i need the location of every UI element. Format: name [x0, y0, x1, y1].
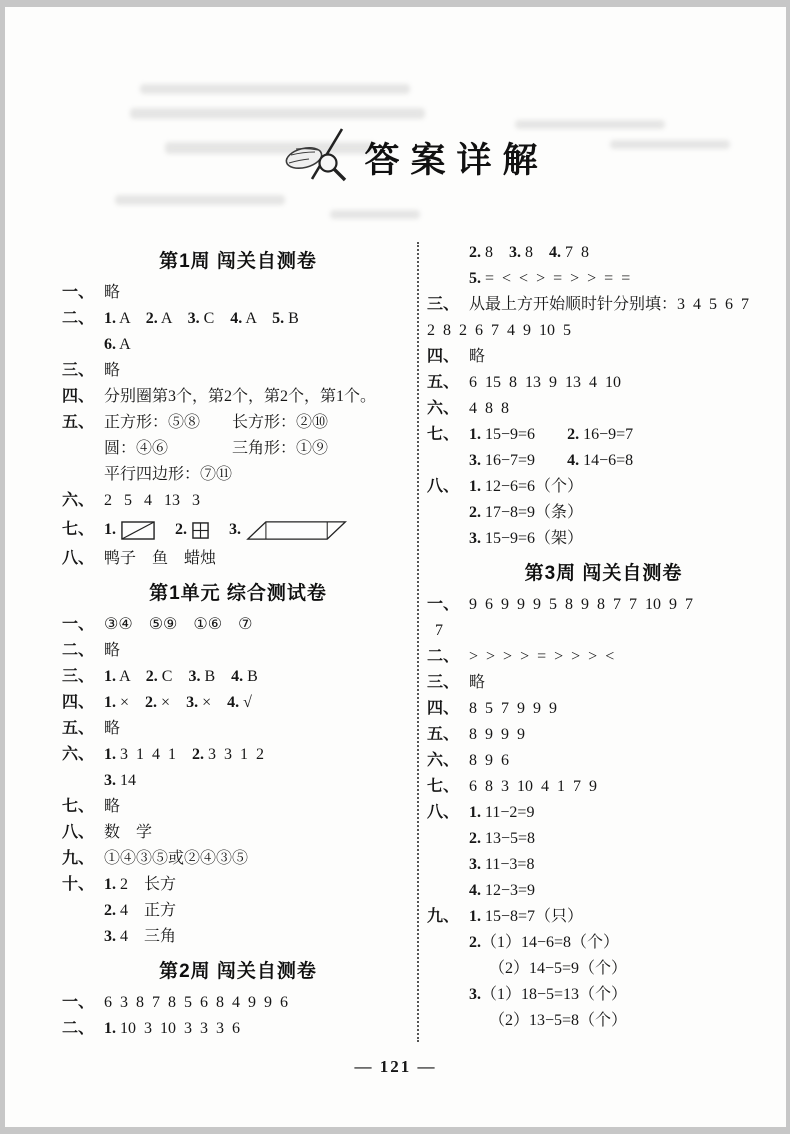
- item-number: 3.: [469, 986, 481, 1003]
- answer-text: 17−8=9（条）: [481, 504, 583, 521]
- answer-text: A: [116, 310, 146, 327]
- item-number: 3.: [469, 856, 481, 873]
- right-column: 2. 8 3. 8 4. 7 85. = < < > = > > = =三、从最…: [422, 240, 780, 1042]
- answer-line: 四、1. × 2. × 3. × 4. √: [62, 690, 414, 716]
- answer-line: 六、8 9 6: [427, 748, 780, 774]
- page-title-row: 答案详解: [5, 127, 786, 188]
- answer-text: = < < > = > > = =: [481, 270, 630, 287]
- parallelogram-three-parts-shape: [246, 521, 348, 540]
- answer-text: 14: [116, 772, 136, 789]
- answer-text: B: [243, 668, 258, 685]
- answer-text: 略: [104, 642, 120, 659]
- answer-line: 3.（1）18−5=13（个）: [427, 982, 780, 1008]
- item-number: 1.: [469, 426, 481, 443]
- answer-text: > > > > = > > > <: [469, 648, 614, 665]
- answer-text: 略: [104, 284, 120, 301]
- answer-line: 一、9 6 9 9 9 5 8 9 8 7 7 10 9 7: [427, 592, 780, 618]
- answer-text: 8 9 6: [469, 752, 509, 769]
- item-label: 七、: [62, 794, 94, 820]
- answer-line: 2. 8 3. 8 4. 7 8: [427, 240, 780, 266]
- item-number: 2.: [146, 668, 158, 685]
- shape-answer-item: 3.: [229, 514, 348, 546]
- answer-line: 八、1. 11−2=9: [427, 800, 780, 826]
- answer-line: 九、1. 15−8=7（只）: [427, 904, 780, 930]
- answer-text: 16−7=9: [481, 452, 567, 469]
- item-number: 2.: [175, 514, 187, 546]
- answer-line: 3. 4 三角: [62, 924, 414, 950]
- answer-line: 4. 12−3=9: [427, 878, 780, 904]
- item-label: 五、: [427, 722, 459, 748]
- answer-text: 11−2=9: [481, 804, 534, 821]
- answer-text: 4 8 8: [469, 400, 509, 417]
- item-number: 1.: [104, 310, 116, 327]
- item-label: 二、: [62, 306, 94, 332]
- column-divider: [417, 242, 419, 1042]
- answer-text: 2 长方: [116, 876, 176, 893]
- item-label: 五、: [62, 410, 94, 436]
- page-bleed-through: [115, 195, 285, 205]
- answer-text: （1）14−6=8（个）: [481, 934, 619, 951]
- answer-line: 五、6 15 8 13 9 13 4 10: [427, 370, 780, 396]
- item-number: 2.: [469, 244, 481, 261]
- answer-text: （2）13−5=8（个）: [489, 1012, 627, 1029]
- item-label: 十、: [62, 872, 94, 898]
- answer-line: 2. 17−8=9（条）: [427, 500, 780, 526]
- item-number: 3.: [186, 694, 198, 711]
- answer-line: 四、略: [427, 344, 780, 370]
- answer-line: 2. 13−5=8: [427, 826, 780, 852]
- square-four-parts-shape: [192, 522, 209, 539]
- answers-columns: 第1周 闯关自测卷一、略二、1. A 2. A 3. C 4. A 5. B6.…: [62, 240, 780, 1042]
- answer-text: 6 3 8 7 8 5 6 8 4 9 9 6: [104, 994, 288, 1011]
- item-number: 1.: [104, 668, 116, 685]
- answer-line: 7: [427, 618, 780, 644]
- answer-line: 七、略: [62, 794, 414, 820]
- answer-text: 3 1 4 1: [116, 746, 192, 763]
- item-label: 二、: [62, 638, 94, 664]
- answer-line: 一、6 3 8 7 8 5 6 8 4 9 9 6: [62, 990, 414, 1016]
- answer-line: 六、2 5 4 13 3: [62, 488, 414, 514]
- answer-text: 4 三角: [116, 928, 176, 945]
- item-label: 三、: [427, 670, 459, 696]
- item-label: 六、: [62, 488, 94, 514]
- item-label: 七、: [427, 422, 459, 448]
- item-number: 1.: [104, 876, 116, 893]
- answer-text: √: [239, 694, 252, 711]
- answer-line: 七、6 8 3 10 4 1 7 9: [427, 774, 780, 800]
- item-number: 4.: [549, 244, 561, 261]
- answer-text: 3 3 1 2: [204, 746, 264, 763]
- item-number: 2.: [104, 902, 116, 919]
- item-label: 七、: [427, 774, 459, 800]
- answer-text: 12−6=6（个）: [481, 478, 583, 495]
- answer-text: 略: [104, 798, 120, 815]
- answer-text: 16−9=7: [579, 426, 633, 443]
- item-number: 2.: [145, 694, 157, 711]
- item-number: 4.: [227, 694, 239, 711]
- item-number: 4.: [469, 882, 481, 899]
- answer-text: 15−8=7（只）: [481, 908, 583, 925]
- item-label: 二、: [427, 644, 459, 670]
- answer-text: 10 3 10 3 3 3 6: [116, 1020, 240, 1037]
- answer-line: 六、4 8 8: [427, 396, 780, 422]
- answer-text: 15−9=6: [481, 426, 567, 443]
- answer-line: 七、1. 15−9=6 2. 16−9=7: [427, 422, 780, 448]
- item-number: 3.: [469, 530, 481, 547]
- answer-line: 五、正方形：⑤⑧ 长方形：②⑩: [62, 410, 414, 436]
- answer-text: 6 8 3 10 4 1 7 9: [469, 778, 597, 795]
- answer-text: 8: [521, 244, 549, 261]
- item-number: 3.: [188, 668, 200, 685]
- shapes-answer-line: 七、1.2.3.: [62, 514, 414, 546]
- answer-text: 4 正方: [116, 902, 176, 919]
- answer-text: 圆：④⑥ 三角形：①⑨: [104, 440, 328, 457]
- answer-text: （2）14−5=9（个）: [489, 960, 627, 977]
- answer-text: 2 8 2 6 7 4 9 10 5: [427, 322, 571, 339]
- answer-text: 13−5=8: [481, 830, 535, 847]
- answer-line: 2.（1）14−6=8（个）: [427, 930, 780, 956]
- item-number: 2.: [469, 934, 481, 951]
- answer-line: 6. A: [62, 332, 414, 358]
- answer-line: （2）14−5=9（个）: [427, 956, 780, 982]
- item-number: 5.: [469, 270, 481, 287]
- answer-line: 八、鸭子 鱼 蜡烛: [62, 546, 414, 572]
- item-number: 3.: [104, 772, 116, 789]
- item-number: 3.: [469, 452, 481, 469]
- answer-text: 略: [104, 362, 120, 379]
- answer-line: 四、分别圈第3个，第2个，第2个，第1个。: [62, 384, 414, 410]
- answer-text: A: [116, 336, 131, 353]
- item-label: 八、: [427, 800, 459, 826]
- item-number: 2.: [192, 746, 204, 763]
- scan-background: 答案详解 第1周 闯关自测卷一、略二、1. A 2. A 3. C 4. A 5…: [0, 0, 790, 1134]
- item-number: 3.: [229, 514, 241, 546]
- item-label: 六、: [62, 742, 94, 768]
- page-number: — 121 —: [5, 1057, 786, 1077]
- answer-text: ×: [157, 694, 186, 711]
- answer-text: 15−9=6（架）: [481, 530, 583, 547]
- answer-line: 八、1. 12−6=6（个）: [427, 474, 780, 500]
- answer-text: 8: [481, 244, 509, 261]
- item-number: 1.: [104, 746, 116, 763]
- shape-answer-item: 1.: [104, 514, 155, 546]
- item-label: 五、: [427, 370, 459, 396]
- answer-text: ①④③⑤或②④③⑤: [104, 850, 248, 867]
- answer-text: 略: [469, 348, 485, 365]
- item-label: 四、: [62, 690, 94, 716]
- answer-text: C: [158, 668, 189, 685]
- page-sheet: 答案详解 第1周 闯关自测卷一、略二、1. A 2. A 3. C 4. A 5…: [5, 7, 786, 1127]
- answer-text: 6 15 8 13 9 13 4 10: [469, 374, 621, 391]
- item-label: 四、: [62, 384, 94, 410]
- item-label: 七、: [62, 514, 94, 546]
- answer-text: 正方形：⑤⑧ 长方形：②⑩: [104, 414, 328, 431]
- item-number: 3.: [188, 310, 200, 327]
- answer-line: 五、略: [62, 716, 414, 742]
- item-label: 八、: [427, 474, 459, 500]
- rect-with-diagonal-shape: [121, 521, 155, 540]
- answer-line: 八、数 学: [62, 820, 414, 846]
- answer-text: 略: [469, 674, 485, 691]
- item-label: 三、: [62, 664, 94, 690]
- answer-text: 数 学: [104, 824, 152, 841]
- item-label: 二、: [62, 1016, 94, 1042]
- page-title: 答案详解: [364, 133, 548, 183]
- answer-text: 鸭子 鱼 蜡烛: [104, 550, 216, 567]
- item-number: 2.: [567, 426, 579, 443]
- item-label: 五、: [62, 716, 94, 742]
- answer-line: 3. 14: [62, 768, 414, 794]
- item-number: 2.: [469, 830, 481, 847]
- answer-line: 三、略: [427, 670, 780, 696]
- answer-line: 圆：④⑥ 三角形：①⑨: [62, 436, 414, 462]
- answer-line: 2 8 2 6 7 4 9 10 5: [427, 318, 780, 344]
- item-number: 5.: [272, 310, 284, 327]
- answer-text: 11−3=8: [481, 856, 534, 873]
- answer-text: C: [200, 310, 231, 327]
- answer-text: 9 6 9 9 9 5 8 9 8 7 7 10 9 7: [469, 596, 693, 613]
- answer-line: 2. 4 正方: [62, 898, 414, 924]
- page-bleed-through: [140, 84, 410, 94]
- section-header: 第3周 闯关自测卷: [427, 561, 780, 587]
- answer-text: A: [116, 668, 146, 685]
- answer-line: （2）13−5=8（个）: [427, 1008, 780, 1034]
- answer-text: A: [242, 310, 272, 327]
- item-label: 四、: [427, 696, 459, 722]
- page-bleed-through: [330, 210, 420, 219]
- answer-text: 8 5 7 9 9 9: [469, 700, 557, 717]
- item-label: 一、: [62, 612, 94, 638]
- answer-text: 12−3=9: [481, 882, 535, 899]
- item-label: 八、: [62, 546, 94, 572]
- item-label: 四、: [427, 344, 459, 370]
- item-label: 六、: [427, 748, 459, 774]
- item-number: 1.: [104, 514, 116, 546]
- page-bleed-through: [130, 108, 425, 119]
- item-label: 三、: [427, 292, 459, 318]
- answer-line: 十、1. 2 长方: [62, 872, 414, 898]
- answer-line: 三、1. A 2. C 3. B 4. B: [62, 664, 414, 690]
- answer-text: 7: [427, 622, 443, 639]
- item-number: 3.: [104, 928, 116, 945]
- item-number: 1.: [469, 478, 481, 495]
- left-column: 第1周 闯关自测卷一、略二、1. A 2. A 3. C 4. A 5. B6.…: [62, 240, 414, 1042]
- answer-line: 一、③④ ⑤⑨ ①⑥ ⑦: [62, 612, 414, 638]
- answer-text: 分别圈第3个，第2个，第2个，第1个。: [104, 388, 376, 405]
- item-number: 3.: [509, 244, 521, 261]
- answer-line: 一、略: [62, 280, 414, 306]
- answer-text: 14−6=8: [579, 452, 633, 469]
- item-label: 六、: [427, 396, 459, 422]
- answer-line: 3. 16−7=9 4. 14−6=8: [427, 448, 780, 474]
- item-number: 1.: [104, 1020, 116, 1037]
- answer-text: 略: [104, 720, 120, 737]
- shape-answer-item: 2.: [175, 514, 209, 546]
- item-label: 一、: [62, 280, 94, 306]
- answer-text: A: [158, 310, 188, 327]
- answer-line: 平行四边形：⑦⑪: [62, 462, 414, 488]
- answer-line: 三、略: [62, 358, 414, 384]
- answer-text: ③④ ⑤⑨ ①⑥ ⑦: [104, 616, 252, 633]
- item-label: 三、: [62, 358, 94, 384]
- answer-text: 8 9 9 9: [469, 726, 525, 743]
- section-header: 第2周 闯关自测卷: [62, 959, 414, 985]
- item-label: 一、: [62, 990, 94, 1016]
- item-label: 八、: [62, 820, 94, 846]
- answer-line: 3. 11−3=8: [427, 852, 780, 878]
- answer-line: 六、1. 3 1 4 1 2. 3 3 1 2: [62, 742, 414, 768]
- answer-text: 2 5 4 13 3: [104, 492, 200, 509]
- answer-line: 二、1. A 2. A 3. C 4. A 5. B: [62, 306, 414, 332]
- answer-line: 二、1. 10 3 10 3 3 3 6: [62, 1016, 414, 1042]
- answer-line: 3. 15−9=6（架）: [427, 526, 780, 552]
- answer-line: 九、①④③⑤或②④③⑤: [62, 846, 414, 872]
- answer-text: ×: [198, 694, 227, 711]
- answer-text: 7 8: [561, 244, 589, 261]
- item-number: 4.: [231, 668, 243, 685]
- item-number: 2.: [146, 310, 158, 327]
- pencil-magnifier-icon: [282, 127, 358, 188]
- answer-line: 二、> > > > = > > > <: [427, 644, 780, 670]
- section-header: 第1周 闯关自测卷: [62, 249, 414, 275]
- item-number: 1.: [469, 908, 481, 925]
- item-number: 4.: [567, 452, 579, 469]
- answer-text: ×: [116, 694, 145, 711]
- answer-text: B: [200, 668, 231, 685]
- answer-line: 五、8 9 9 9: [427, 722, 780, 748]
- section-header: 第1单元 综合测试卷: [62, 581, 414, 607]
- item-number: 1.: [104, 694, 116, 711]
- answer-line: 四、8 5 7 9 9 9: [427, 696, 780, 722]
- answer-text: B: [284, 310, 299, 327]
- answer-line: 5. = < < > = > > = =: [427, 266, 780, 292]
- answer-text: （1）18−5=13（个）: [481, 986, 627, 1003]
- item-label: 九、: [427, 904, 459, 930]
- item-label: 一、: [427, 592, 459, 618]
- item-number: 4.: [230, 310, 242, 327]
- answer-line: 二、略: [62, 638, 414, 664]
- answer-text: 平行四边形：⑦⑪: [104, 466, 232, 483]
- item-number: 1.: [469, 804, 481, 821]
- answer-line: 三、从最上方开始顺时针分别填：3 4 5 6 7: [427, 292, 780, 318]
- item-number: 6.: [104, 336, 116, 353]
- answer-text: 从最上方开始顺时针分别填：3 4 5 6 7: [469, 296, 749, 313]
- item-number: 2.: [469, 504, 481, 521]
- item-label: 九、: [62, 846, 94, 872]
